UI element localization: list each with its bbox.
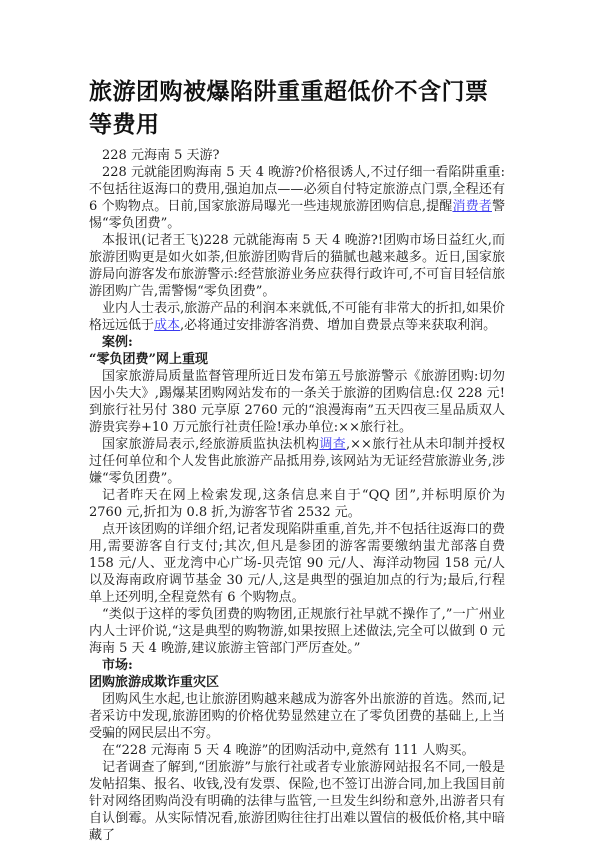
section-label-market: 市场:	[89, 657, 505, 674]
section-heading-case: “零负团费”网上重现	[89, 351, 505, 368]
paragraph-insider: 业内人士表示,旅游产品的利润本来就低,不可能有非常大的折扣,如果价格远远低于成本…	[89, 300, 505, 334]
paragraph-case-4: 点开该团购的详细介绍,记者发现陷阱重重,首先,并不包括往返海口的费用,需要游客自…	[89, 521, 505, 606]
section-label-case: 案例:	[89, 334, 505, 351]
link-investigation[interactable]: 调查	[319, 437, 346, 452]
paragraph-case-1: 国家旅游局质量监督管理所近日发布第五号旅游警示《旅游团购:切勿因小失大》,踢爆某…	[89, 368, 505, 436]
paragraph-text: 国家旅游局表示,经旅游质监执法机构	[102, 437, 319, 452]
paragraph-case-3: 记者昨天在网上检索发现,这条信息来自于“QQ 团”,并标明原价为 2760 元,…	[89, 487, 505, 521]
paragraph-market-1: 团购风生水起,也让旅游团购越来越成为游客外出旅游的首选。然而,记者采访中发现,旅…	[89, 691, 505, 742]
paragraph-case-2: 国家旅游局表示,经旅游质监执法机构调查,××旅行社从未印制并授权过任何单位和个人…	[89, 436, 505, 487]
paragraph-text: ,必将通过安排游客消费、增加自费景点等来获取利润。	[180, 318, 496, 333]
paragraph-lead: 228 元就能团购海南 5 天 4 晚游?价格很诱人,不过仔细一看陷阱重重:不包…	[89, 164, 505, 232]
paragraph-text: 228 元就能团购海南 5 天 4 晚游?价格很诱人,不过仔细一看陷阱重重:不包…	[89, 165, 505, 214]
document-page: 旅游团购被爆陷阱重重超低价不含门票等费用 228 元海南 5 天游? 228 元…	[0, 0, 595, 842]
paragraph-teaser: 228 元海南 5 天游?	[89, 147, 505, 164]
paragraph-market-3: 记者调查了解到,“团旅游”与旅行社或者专业旅游网站报名不同,一般是发帖招集、报名…	[89, 759, 505, 842]
article-body: 228 元海南 5 天游? 228 元就能团购海南 5 天 4 晚游?价格很诱人…	[89, 147, 505, 842]
article-title: 旅游团购被爆陷阱重重超低价不含门票等费用	[89, 75, 505, 141]
link-consumer[interactable]: 消费者	[452, 199, 492, 214]
paragraph-case-5: “类似于这样的零负团费的购物团,正规旅行社早就不操作了,”一广州业内人士评价说,…	[89, 606, 505, 657]
section-heading-market: 团购旅游成欺诈重灾区	[89, 674, 505, 691]
paragraph-market-2: 在“228 元海南 5 天 4 晚游”的团购活动中,竟然有 111 人购买。	[89, 742, 505, 759]
link-cost[interactable]: 成本	[154, 318, 180, 333]
paragraph-report: 本报讯(记者王飞)228 元就能海南 5 天 4 晚游?!团购市场日益红火,而旅…	[89, 232, 505, 300]
